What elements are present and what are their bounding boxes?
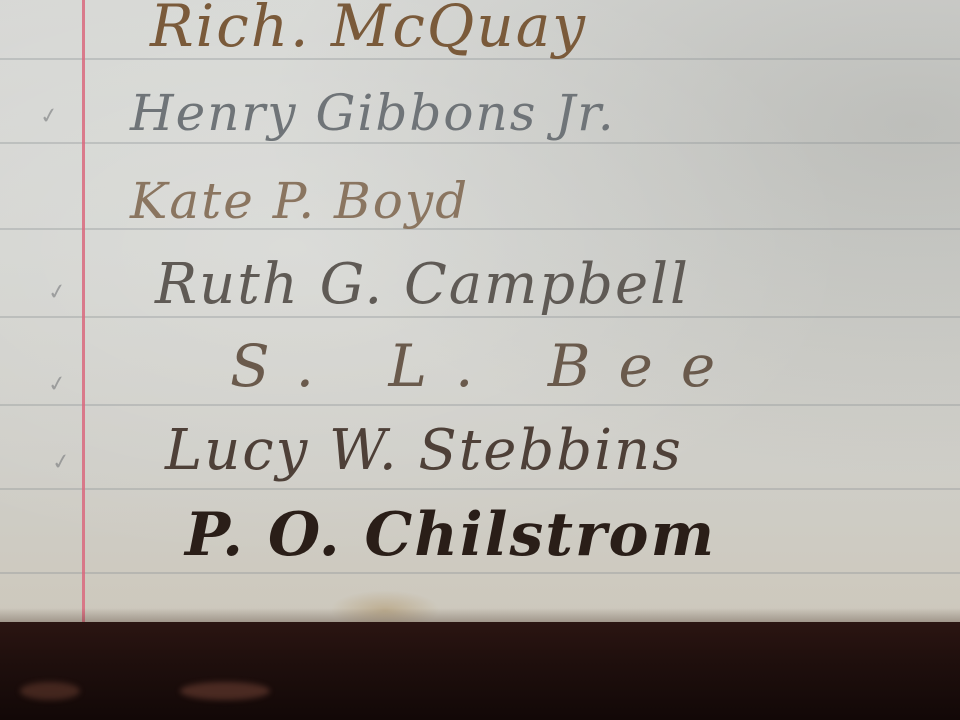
check-mark-icon: ✓ — [50, 449, 72, 476]
photo-scene: ✓ ✓ ✓ ✓ Rich. McQuay Henry Gibbons Jr. K… — [0, 0, 960, 720]
ruled-line — [0, 404, 960, 406]
signature-stebbins: Lucy W. Stebbins — [165, 418, 683, 483]
ledger-page: ✓ ✓ ✓ ✓ Rich. McQuay Henry Gibbons Jr. K… — [0, 0, 960, 622]
check-mark-icon: ✓ — [46, 371, 68, 398]
signature-mcquay: Rich. McQuay — [150, 0, 587, 60]
signature-campbell: Ruth G. Campbell — [155, 252, 690, 317]
desk-reflection — [20, 682, 80, 700]
check-mark-icon: ✓ — [38, 103, 60, 130]
dark-desk-surface — [0, 622, 960, 720]
ruled-line — [0, 488, 960, 490]
signature-bee: S. L. Bee — [230, 332, 743, 400]
check-mark-icon: ✓ — [46, 279, 68, 306]
signature-gibbons: Henry Gibbons Jr. — [130, 84, 616, 142]
signature-boyd: Kate P. Boyd — [130, 172, 469, 230]
desk-reflection — [180, 682, 270, 700]
ruled-line — [0, 142, 960, 144]
ruled-line — [0, 572, 960, 574]
red-margin-line — [82, 0, 85, 622]
signature-chilstrom: P. O. Chilstrom — [185, 500, 716, 570]
